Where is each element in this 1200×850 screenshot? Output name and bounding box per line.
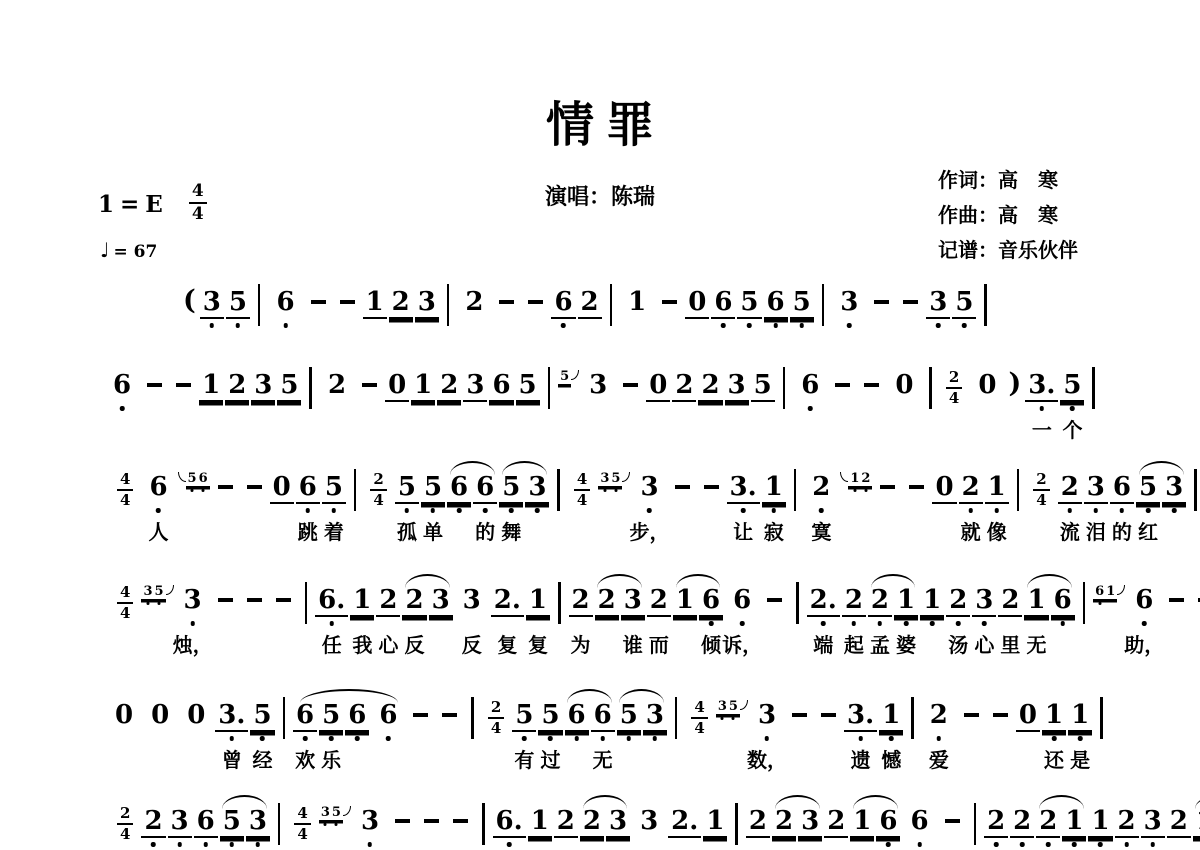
note: 5 (516, 370, 540, 402)
note: 0 (270, 472, 294, 504)
lyric: 我 (352, 629, 372, 658)
note-digit: 1 (1068, 700, 1092, 732)
note-digit: 6 (473, 472, 497, 504)
duration-dash (176, 383, 191, 387)
note-digit: 5 (952, 287, 976, 319)
meter-fraction: 44 (189, 183, 207, 223)
note: 1 (199, 370, 223, 402)
lyric: 还 (1044, 744, 1064, 773)
note: 1 (703, 806, 727, 838)
duration-dash (880, 485, 895, 489)
time-signature: 44 (574, 471, 590, 508)
slur-group: 66无 (564, 700, 616, 732)
note-digit: 1 (673, 585, 697, 617)
time-signature: 44 (691, 699, 707, 736)
barline (1194, 469, 1197, 511)
note-digit: 1 (894, 585, 918, 617)
duration-dash (395, 819, 410, 823)
lyric: 反 (462, 629, 482, 658)
octave-dot (994, 508, 999, 513)
octave-dot (283, 323, 288, 328)
tempo-bpm: 67 (134, 242, 158, 262)
note: 0 (385, 370, 409, 402)
time-signature-numerator: 4 (117, 584, 133, 604)
lyric: 为 (571, 629, 591, 658)
note: 2而 (647, 585, 671, 617)
time-signature-numerator: 4 (691, 699, 707, 719)
lyric: 无 (1027, 629, 1047, 658)
note: 2流 (1058, 472, 1082, 504)
note-digit: 2 (672, 370, 696, 402)
time-signature-numerator: 4 (294, 805, 310, 825)
note-digit: 3 (643, 700, 667, 732)
grace-digits: 56 (186, 472, 210, 487)
note: 3 (429, 585, 453, 617)
time-signature-denominator: 4 (1033, 491, 1049, 508)
barline (794, 469, 797, 511)
grace-digits: 35 (319, 806, 343, 821)
note-digit: 2 (1167, 806, 1191, 838)
note: 6欢 (293, 700, 317, 732)
note: 3.曾 (215, 700, 248, 732)
barline (447, 284, 450, 326)
octave-dot (230, 842, 235, 847)
note-digit: 3 (972, 585, 996, 617)
octave-dot (765, 736, 770, 741)
barline (471, 697, 474, 739)
barline (558, 582, 561, 624)
note-digit: 2 (998, 585, 1022, 617)
octave-dot (853, 489, 856, 492)
octave-dot (509, 508, 514, 513)
note-digit: 6 (273, 287, 297, 317)
note: 6 (876, 806, 900, 838)
note-digit: 6. (493, 806, 526, 838)
note-digit: 6 (489, 370, 513, 402)
octave-dot (202, 489, 205, 492)
octave-dot (507, 842, 512, 847)
duration-dash (964, 713, 979, 717)
note: 6 (273, 287, 297, 317)
note-digit: 0 (270, 472, 294, 504)
note-digit: 2 (959, 472, 983, 504)
note-digit: 2 (389, 287, 413, 319)
octave-dot (332, 508, 337, 513)
note-digit: 6 (591, 700, 615, 732)
note-digit: 2 (1010, 806, 1034, 838)
octave-dot (721, 717, 724, 720)
octave-dot (1078, 736, 1083, 741)
note-digit: 0 (1016, 700, 1040, 732)
note-digit: 0 (184, 700, 208, 730)
note-digit: 6 (293, 700, 317, 732)
meter-numerator: 4 (189, 183, 207, 204)
barline (305, 582, 308, 624)
note-digit: 3 (463, 370, 487, 402)
note: 3 (251, 370, 275, 402)
note-digit: 1 (528, 806, 552, 838)
duration-dash (704, 485, 719, 489)
time-signature-numerator: 2 (1033, 471, 1049, 491)
grace-tail-icon (178, 472, 186, 482)
note: 5 (790, 287, 814, 319)
note-digit: 5 (538, 700, 562, 732)
note-digit: 3 (637, 806, 661, 836)
note-digit: 3 (525, 472, 549, 504)
slur-group: 2反3 (401, 585, 453, 617)
tempo-equals: = (113, 242, 127, 262)
octave-dot (1124, 842, 1129, 847)
note-digit: 5 (512, 700, 536, 732)
note: 6 (711, 287, 735, 319)
octave-dot (886, 842, 891, 847)
note-digit: 1 (762, 472, 786, 504)
octave-dot (917, 842, 922, 847)
lyric: 孟 (870, 629, 890, 658)
note-digit: 3 (725, 370, 749, 402)
duration-dash (218, 598, 233, 602)
time-signature-denominator: 4 (574, 491, 590, 508)
note: 6 (764, 287, 788, 319)
note-digit: 2 (1036, 806, 1060, 838)
parenthesis: ( (183, 287, 196, 315)
note: 3 (798, 806, 822, 838)
grace-digit: 6 (1094, 585, 1105, 599)
octave-dot (819, 508, 824, 513)
note-digit: 3 (168, 806, 192, 838)
note-digit: 2 (462, 287, 486, 317)
octave-dot (721, 323, 726, 328)
grace-digit: 6 (198, 472, 209, 486)
duration-dash (792, 713, 807, 717)
octave-dot (982, 621, 987, 626)
time-signature: 24 (488, 699, 504, 736)
note: 0 (1016, 700, 1040, 732)
time-signature: 44 (117, 471, 133, 508)
octave-dot (904, 621, 909, 626)
duration-dash (276, 598, 291, 602)
lyric: 无 (593, 744, 613, 773)
grace-digit: 5 (187, 472, 198, 486)
octave-dot (156, 508, 161, 513)
note-digit: 2 (554, 806, 578, 838)
note-digit: 6 (1110, 472, 1134, 504)
note: 1 (363, 287, 387, 319)
note-digit: 2 (376, 585, 400, 617)
barline (735, 803, 738, 845)
grace-digits: 12 (848, 472, 872, 487)
tempo-marking: ♩= 67 (100, 238, 157, 262)
note: 6 (110, 370, 134, 400)
note-digit: 2 (325, 370, 349, 400)
note-digit: 3. (844, 700, 877, 732)
grace-digit: 3 (320, 806, 331, 820)
note-digit: 5 (395, 472, 419, 504)
lyric: 的 (1112, 516, 1132, 545)
time-signature-denominator: 4 (691, 719, 707, 736)
octave-dot (709, 621, 714, 626)
lyricist-credit: 作词：高 寒 (938, 163, 1078, 198)
octave-dot (773, 323, 778, 328)
octave-dot (303, 736, 308, 741)
note-digit: 5 (617, 700, 641, 732)
note-digit: 2 (1058, 472, 1082, 504)
slur-group: 23谁 (594, 585, 646, 617)
note: 6 (194, 806, 218, 838)
note: 1 (1062, 806, 1086, 838)
grace-digit: 2 (860, 472, 871, 486)
note-digit: 2 (1115, 806, 1139, 838)
note: 0 (646, 370, 670, 402)
note-digit: 6 (194, 806, 218, 838)
octave-dot (561, 323, 566, 328)
grace-tail-icon (571, 370, 579, 380)
note-digit: 0 (385, 370, 409, 402)
octave-dot (1146, 508, 1151, 513)
grace-digit: 3 (142, 585, 153, 599)
note: 2 (746, 806, 770, 838)
lyric: 复 (497, 629, 517, 658)
octave-dot (431, 508, 436, 513)
duration-dash (821, 713, 836, 717)
octave-dot (1120, 508, 1125, 513)
note-digit: 6. (315, 585, 348, 617)
grace-tail-icon (166, 585, 174, 595)
lyric: 是 (1070, 744, 1090, 773)
octave-dot (1172, 508, 1177, 513)
lyric: 单 (423, 516, 443, 545)
note-digit: 5 (751, 370, 775, 402)
grace-notes: 35 (141, 573, 173, 600)
note: 5孤 (395, 472, 419, 504)
note-digit: 2 (569, 585, 593, 617)
note-digit: 2 (578, 287, 602, 319)
time-signature-numerator: 2 (488, 699, 504, 719)
note-digit: 1 (985, 472, 1009, 504)
note-digit: 1 (850, 806, 874, 838)
octave-dot (210, 323, 215, 328)
grace-notes: 35 (319, 794, 351, 821)
time-signature-denominator: 4 (488, 719, 504, 736)
note: 2孟 (868, 585, 892, 617)
duration-dash (340, 300, 355, 304)
note: 6 (798, 370, 822, 400)
time-signature: 24 (1033, 471, 1049, 508)
octave-dot (1040, 406, 1045, 411)
note-digit: 3 (637, 472, 661, 502)
note-digit: 6 (1051, 585, 1075, 617)
octave-dot (158, 602, 161, 605)
octave-dot (386, 736, 391, 741)
lyric: 欢 (295, 744, 315, 773)
note: 3 (525, 472, 549, 504)
note: 2.端 (807, 585, 840, 617)
note: 2 (672, 370, 696, 402)
octave-dot (962, 323, 967, 328)
lyric: 遗 (851, 744, 871, 773)
octave-dot (191, 489, 194, 492)
barline (974, 803, 977, 845)
note-digit: 3 (1162, 472, 1186, 504)
note-digit: 6 (711, 287, 735, 319)
sheet-music-page: 情罪 演唱：陈瑞 作词：高 寒 作曲：高 寒 记谱：音乐伙伴 1=E44 ♩= … (0, 0, 1200, 850)
note: 3步， (637, 472, 661, 502)
slur-group: 1无6 (1023, 585, 1075, 617)
note: 2 (984, 806, 1008, 838)
octave-dot (799, 323, 804, 328)
note-digit: 1 (363, 287, 387, 319)
score-system: 44353烛，6.任1我2心2反33反2.复1复2为23谁2而16倾6诉，2.端… (110, 585, 1200, 624)
note: 3.遗 (844, 700, 877, 732)
grace-tail-icon (343, 806, 351, 816)
octave-dot (324, 823, 327, 826)
octave-dot (1072, 842, 1077, 847)
note: 6助， (1132, 585, 1156, 615)
note-digit: 6 (565, 700, 589, 732)
note-digit: 0 (112, 700, 136, 730)
duration-dash (247, 485, 262, 489)
octave-dot (889, 736, 894, 741)
note: 1我 (350, 585, 374, 617)
note-digit: 6 (447, 472, 471, 504)
octave-dot (230, 736, 235, 741)
note: 1像 (985, 472, 1009, 504)
note: 6的 (473, 472, 497, 504)
octave-dot (627, 736, 632, 741)
slur-group: 66的 (446, 472, 498, 504)
slur-group: 16 (849, 806, 901, 838)
time-signature: 24 (946, 369, 962, 406)
lyric: 过 (540, 744, 560, 773)
lyric: 就 (961, 516, 981, 545)
note: 1 (850, 806, 874, 838)
note: 6.任 (315, 585, 348, 617)
note-digit: 0 (646, 370, 670, 402)
note-digit: 6 (345, 700, 369, 732)
octave-dot (741, 508, 746, 513)
note: 3烛， (181, 585, 205, 615)
lyric: 心 (378, 629, 398, 658)
octave-dot (821, 621, 826, 626)
note: 5乐 (319, 700, 343, 732)
barline (1083, 582, 1086, 624)
note-digit: 3 (1141, 806, 1165, 838)
composer-credit: 作曲：高 寒 (938, 198, 1078, 233)
octave-dot (732, 717, 735, 720)
note-digit: 2. (491, 585, 524, 617)
note: 5 (751, 370, 775, 402)
duration-dash (442, 713, 457, 717)
note-digit: 2 (809, 472, 833, 502)
note-digit: 6 (1132, 585, 1156, 615)
lyric: 倾 (701, 629, 721, 658)
note: 2反 (402, 585, 426, 617)
barline (1017, 469, 1020, 511)
duration-dash (1169, 598, 1184, 602)
note-digit: 5 (322, 472, 346, 504)
note: 2 (389, 287, 413, 319)
octave-dot (1020, 842, 1025, 847)
note: 0 (148, 700, 172, 730)
octave-dot (968, 508, 973, 513)
note-digit: 2 (402, 585, 426, 617)
note: 3反 (460, 585, 484, 615)
note: 1 (920, 585, 944, 617)
lyric: 经 (252, 744, 272, 773)
note-digit: 3 (200, 287, 224, 319)
note-digit: 5 (790, 287, 814, 319)
note: 3 (606, 806, 630, 838)
note: 5 (277, 370, 301, 402)
note-digit: 2 (868, 585, 892, 617)
barline (309, 367, 312, 409)
lyric: 一 (1032, 414, 1052, 443)
lyric: 跳 (298, 516, 318, 545)
note: 3 (1162, 472, 1186, 504)
note-digit: 3 (181, 585, 205, 615)
grace-digit: 5 (728, 700, 739, 714)
slur-group: 21 (1035, 806, 1087, 838)
barline (984, 284, 987, 326)
note: 6 (489, 370, 513, 402)
octave-dot (1150, 842, 1155, 847)
lyric: 个 (1062, 414, 1082, 443)
octave-dot (994, 842, 999, 847)
note: 1 (528, 806, 552, 838)
note: 2 (580, 806, 604, 838)
octave-dot (405, 508, 410, 513)
note: 2起 (842, 585, 866, 617)
note-digit: 0 (932, 472, 956, 504)
time-signature-denominator: 4 (294, 825, 310, 842)
lyric: 烛， (173, 629, 213, 658)
score-system: (356123262106565335 (180, 287, 994, 326)
note-digit: 3 (837, 287, 861, 317)
octave-dot (457, 508, 462, 513)
note-digit: 1 (625, 287, 649, 317)
note: 2 (437, 370, 461, 402)
duration-dash (835, 383, 850, 387)
note-digit: 3. (727, 472, 760, 504)
grace-notes: 5 (558, 358, 579, 385)
note: 3 (926, 287, 950, 319)
octave-dot (852, 621, 857, 626)
note: 0 (932, 472, 956, 504)
key-signature: 1=E44 (98, 186, 207, 226)
slur-group: 5舞3 (498, 472, 550, 504)
lyric: 汤 (948, 629, 968, 658)
note: 3 (246, 806, 270, 838)
note-digit: 6 (110, 370, 134, 400)
grace-digit: 5 (153, 585, 164, 599)
note: 2 (1010, 806, 1034, 838)
grace-tail-icon (740, 700, 748, 710)
octave-dot (878, 621, 883, 626)
note: 1 (1193, 806, 1200, 838)
lyric: 的 (475, 516, 495, 545)
note-digit: 2 (698, 370, 722, 402)
duration-dash (424, 819, 439, 823)
note-digit: 3. (1025, 370, 1058, 402)
note-digit: 0 (148, 700, 172, 730)
grace-digits: 5 (558, 370, 571, 385)
duration-dash (362, 383, 377, 387)
grace-notes: 61 (1093, 573, 1125, 600)
note: 0 (975, 370, 999, 400)
octave-dot (956, 621, 961, 626)
barline (548, 367, 551, 409)
barline (796, 582, 799, 624)
